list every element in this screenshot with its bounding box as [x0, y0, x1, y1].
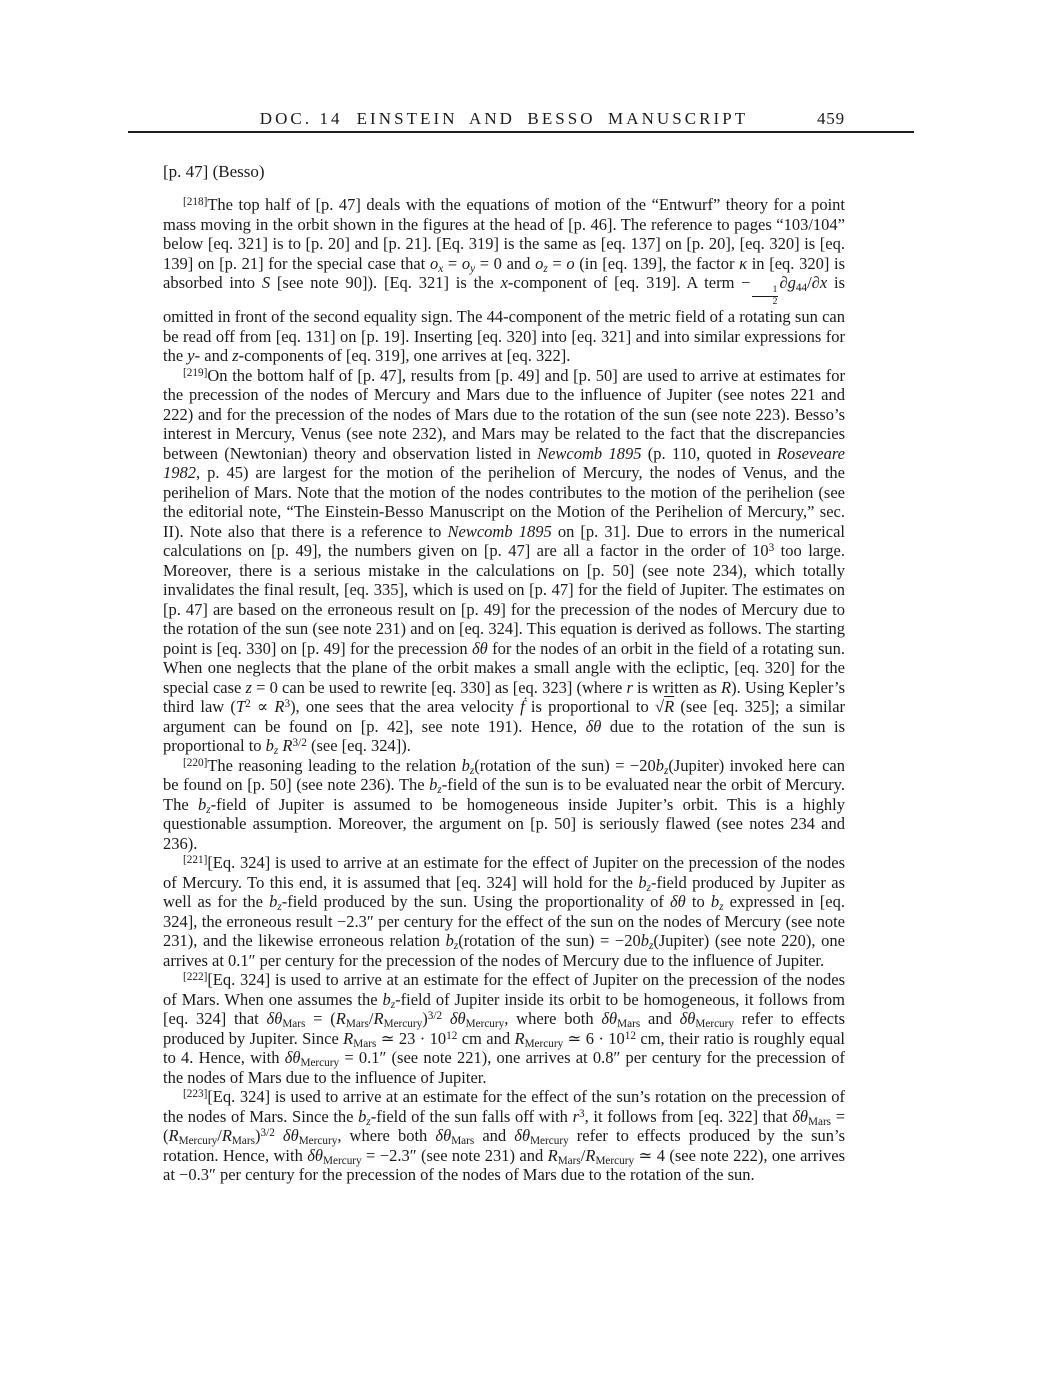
running-header-title: EINSTEIN AND BESSO MANUSCRIPT: [357, 109, 749, 129]
editorial-note-220: [220]The reasoning leading to the relati…: [163, 756, 845, 854]
editorial-notes: [218]The top half of [p. 47] deals with …: [163, 195, 845, 1185]
section-heading: [p. 47] (Besso): [163, 161, 265, 182]
editorial-note-223: [223][Eq. 324] is used to arrive at an e…: [163, 1087, 845, 1185]
book-page: DOC. 14 EINSTEIN AND BESSO MANUSCRIPT 45…: [0, 0, 1054, 1394]
running-header: DOC. 14 EINSTEIN AND BESSO MANUSCRIPT 45…: [163, 109, 845, 129]
editorial-note-218: [218]The top half of [p. 47] deals with …: [163, 195, 845, 366]
editorial-note-221: [221][Eq. 324] is used to arrive at an e…: [163, 853, 845, 970]
page-number: 459: [817, 109, 845, 129]
editorial-note-222: [222][Eq. 324] is used to arrive at an e…: [163, 970, 845, 1087]
editorial-note-219: [219]On the bottom half of [p. 47], resu…: [163, 366, 845, 756]
doc-label: DOC. 14: [260, 109, 343, 129]
header-rule: [128, 131, 914, 133]
